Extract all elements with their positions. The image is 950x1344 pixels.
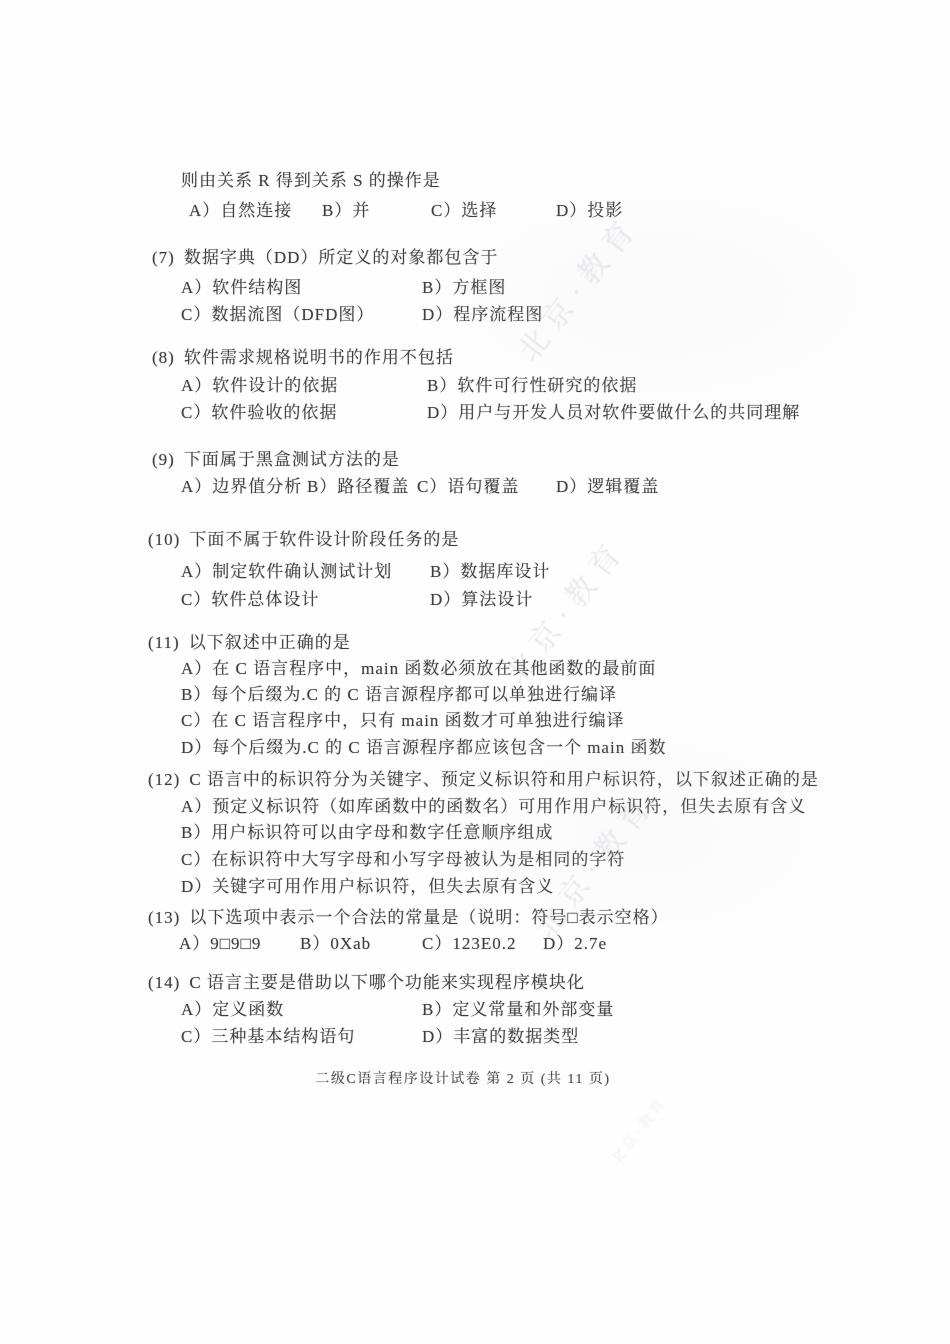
question-number: (14) [148,973,180,992]
question-stem: (10)下面不属于软件设计阶段任务的是 [148,529,459,551]
question-stem-text: 软件需求规格说明书的作用不包括 [184,348,454,367]
options-row: A）定义函数 B）定义常量和外部变量 [0,999,950,1021]
question-stem: (13)以下选项中表示一个合法的常量是（说明：符号□表示空格） [148,907,669,929]
scanned-exam-page: 北京·教育 北京·教育 北京·教育 北京·教育 则由关系 R 得到关系 S 的操… [0,0,950,1344]
question-stem: (11)以下叙述中正确的是 [148,632,351,654]
question-number: (11) [148,633,180,652]
option: A）自然连接 [189,200,292,222]
option: C）软件验收的依据 [181,402,337,424]
question-stem-text: 数据字典（DD）所定义的对象都包含于 [184,248,499,267]
question-number: (7) [152,248,175,267]
option: D）每个后缀为.C 的 C 语言源程序都应该包含一个 main 函数 [181,737,666,759]
option: B）定义常量和外部变量 [422,999,614,1021]
options-row: A）自然连接 B）并 C）选择 D）投影 [0,200,950,222]
options-row: C）数据流图（DFD图） D）程序流程图 [0,304,950,326]
question-stem: (12)C 语言中的标识符分为关键字、预定义标识符和用户标识符，以下叙述正确的是 [148,769,819,791]
option: A）制定软件确认测试计划 [181,561,392,583]
option: B）方框图 [422,277,506,299]
option: B）并 [322,200,370,222]
option: D）投影 [556,200,623,222]
options-row: C）软件总体设计 D）算法设计 [0,589,950,611]
option: D）算法设计 [430,589,533,611]
question-number: (13) [148,908,180,927]
option: C）在标识符中大写字母和小写字母被认为是相同的字符 [181,849,625,871]
options-row: A）制定软件确认测试计划 B）数据库设计 [0,561,950,583]
option: C）123E0.2 [422,933,516,955]
options-row: C）三种基本结构语句 D）丰富的数据类型 [0,1026,950,1048]
option: C）三种基本结构语句 [181,1026,355,1048]
options-row: A）边界值分析 B）路径覆盖 C）语句覆盖 D）逻辑覆盖 [0,476,950,498]
question-stem: (9)下面属于黑盒测试方法的是 [152,449,400,471]
option: C）在 C 语言程序中，只有 main 函数才可单独进行编译 [181,710,625,732]
option: D）用户与开发人员对软件要做什么的共同理解 [427,402,800,424]
option: B）用户标识符可以由字母和数字任意顺序组成 [181,822,553,844]
option: B）每个后缀为.C 的 C 语言源程序都可以单独进行编译 [181,684,617,706]
option: A）软件设计的依据 [181,375,338,397]
option: A）9□9□9 [179,933,261,955]
option: C）软件总体设计 [181,589,319,611]
option: D）逻辑覆盖 [556,476,659,498]
option: A）预定义标识符（如库函数中的函数名）可用作用户标识符，但失去原有含义 [181,796,806,818]
option: D）关键字可用作用户标识符，但失去原有含义 [181,876,554,898]
option: C）数据流图（DFD图） [181,304,374,326]
option: A）边界值分析 [181,476,302,498]
options-row: A）软件结构图 B）方框图 [0,277,950,299]
question-stem-text: C 语言主要是借助以下哪个功能来实现程序模块化 [189,973,585,992]
question-number: (9) [152,450,175,469]
option: B）数据库设计 [430,561,550,583]
question-stem-text: 以下选项中表示一个合法的常量是（说明：符号□表示空格） [189,908,668,927]
question-number: (12) [148,770,180,789]
option: C）选择 [431,200,497,222]
question-stem-text: 以下叙述中正确的是 [189,633,351,652]
question-number: (10) [148,530,180,549]
question-stem-text: C 语言中的标识符分为关键字、预定义标识符和用户标识符，以下叙述正确的是 [189,770,819,789]
option: B）软件可行性研究的依据 [427,375,637,397]
option: B）路径覆盖 [307,476,409,498]
options-row: A）软件设计的依据 B）软件可行性研究的依据 [0,375,950,397]
option: A）定义函数 [181,999,284,1021]
question-number: (8) [152,348,175,367]
question-stem: (14)C 语言主要是借助以下哪个功能来实现程序模块化 [148,972,585,994]
option: D）2.7e [543,933,607,955]
question-stem: (7)数据字典（DD）所定义的对象都包含于 [152,247,498,269]
page-footer: 二级C语言程序设计试卷 第 2 页 (共 11 页) [0,1068,938,1088]
option: D）丰富的数据类型 [422,1026,579,1048]
question-stem: (8)软件需求规格说明书的作用不包括 [152,347,454,369]
question-stem-text: 下面不属于软件设计阶段任务的是 [189,530,459,549]
option: D）程序流程图 [422,304,543,326]
options-row: C）软件验收的依据 D）用户与开发人员对软件要做什么的共同理解 [0,402,950,424]
option: B）0Xab [300,933,371,955]
watermark: 北京·教育 [606,1092,671,1168]
option: C）语句覆盖 [417,476,519,498]
options-row: A）9□9□9 B）0Xab C）123E0.2 D）2.7e [0,933,950,955]
question-stem-text: 下面属于黑盒测试方法的是 [184,450,400,469]
question-stem: 则由关系 R 得到关系 S 的操作是 [181,170,441,192]
option: A）软件结构图 [181,277,302,299]
option: A）在 C 语言程序中，main 函数必须放在其他函数的最前面 [181,658,656,680]
